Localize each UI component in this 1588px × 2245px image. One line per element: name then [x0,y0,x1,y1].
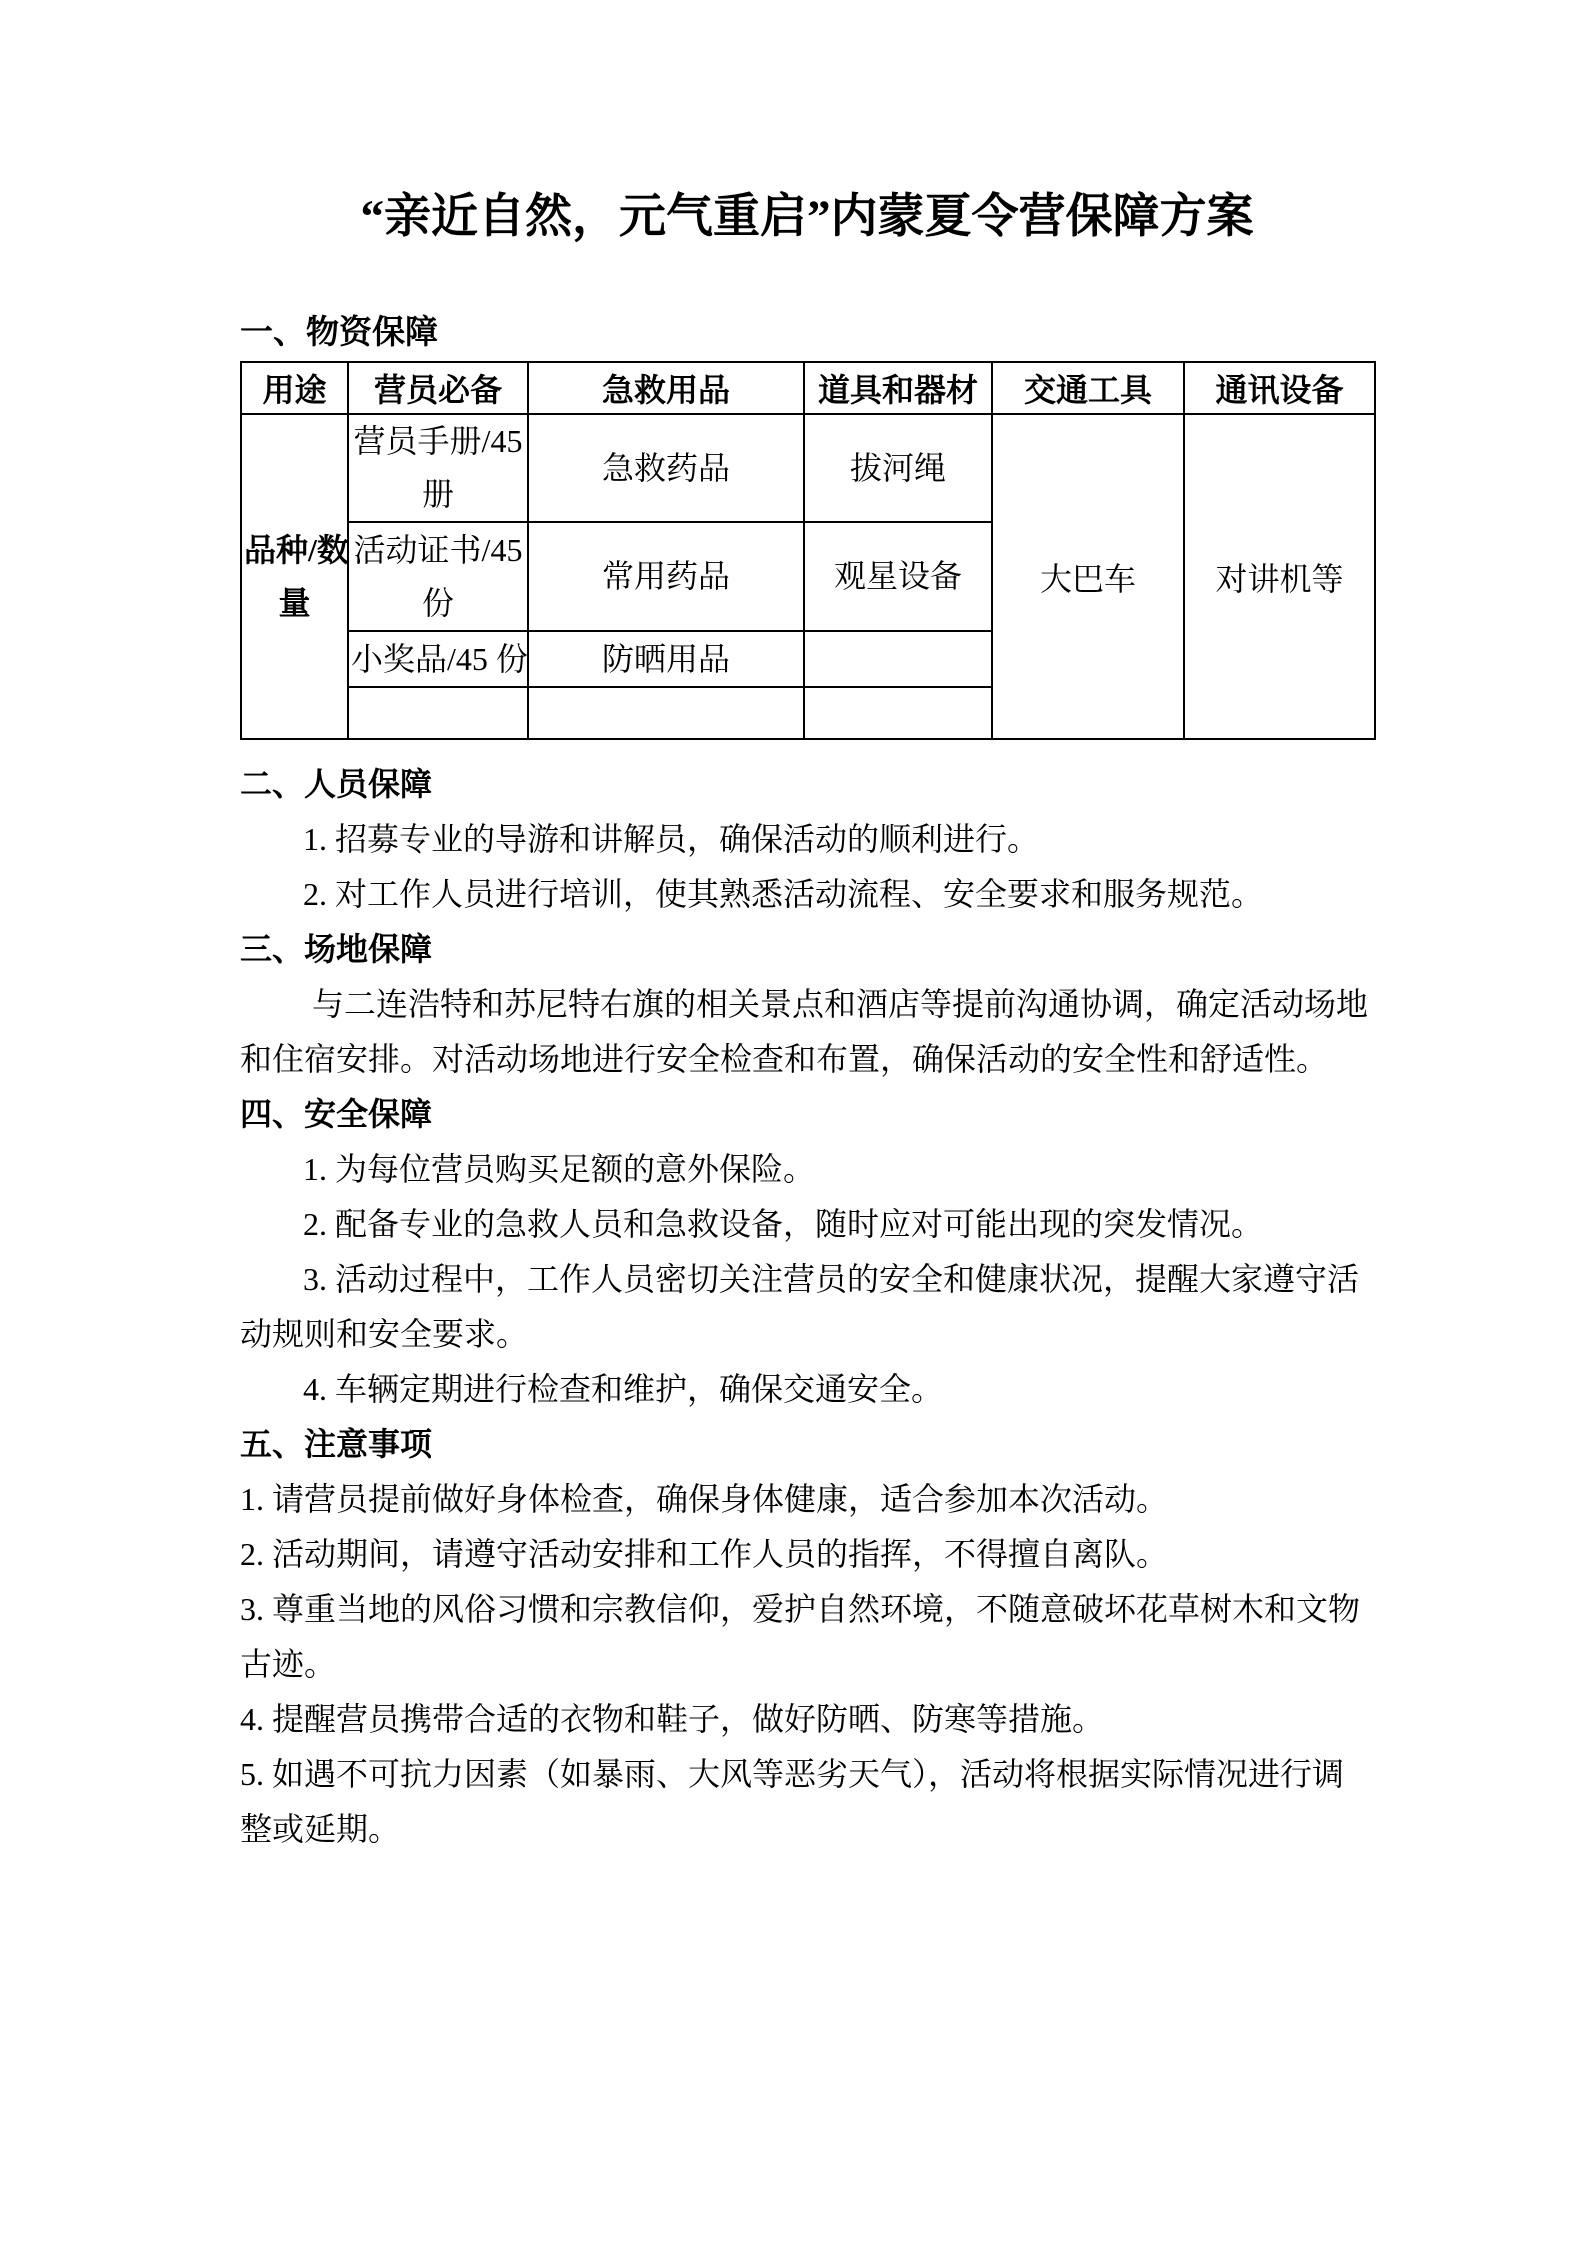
cell-text-line: 拔河绳 [807,442,989,495]
cell-text-line: 小奖品/45 份 [351,633,525,686]
section-heading-venue: 三、场地保障 [240,922,1374,977]
section-heading-materials: 一、物资保障 [240,314,1374,352]
cell-text-line: 防晒用品 [531,633,801,686]
cell-firstaid-1: 急救药品 [528,414,804,522]
paragraph-line: 3. 活动过程中，工作人员密切关注营员的安全和健康状况，提醒大家遵守活 [240,1252,1374,1307]
paragraph-line: 4. 车辆定期进行检查和维护，确保交通安全。 [240,1362,1374,1417]
paragraph-line: 整或延期。 [240,1802,1374,1857]
table-header-row: 用途 营员必备 急救用品 道具和器材 交通工具 通讯设备 [241,362,1375,414]
paragraph-line: 2. 配备专业的急救人员和急救设备，随时应对可能出现的突发情况。 [240,1197,1374,1252]
document-title: “亲近自然，元气重启”内蒙夏令营保障方案 [240,186,1374,248]
header-transport: 交通工具 [992,362,1184,414]
section-heading-personnel: 二、人员保障 [240,757,1374,812]
paragraph-line: 5. 如遇不可抗力因素（如暴雨、大风等恶劣天气），活动将根据实际情况进行调 [240,1747,1374,1802]
cell-text-line: 营员手册/45 [351,415,525,468]
cell-text-line: 常用药品 [531,550,801,603]
cell-comms: 对讲机等 [1184,414,1375,739]
paragraph-line: 1. 招募专业的导游和讲解员，确保活动的顺利进行。 [240,812,1374,867]
document-page: “亲近自然，元气重启”内蒙夏令营保障方案 一、物资保障 用途 营员必备 急救用品… [0,0,1588,2245]
header-props-equipment: 道具和器材 [804,362,992,414]
cell-text-line: 活动证书/45 [351,524,525,577]
cell-text-line: 品种/数 [244,524,345,577]
materials-table: 用途 营员必备 急救用品 道具和器材 交通工具 通讯设备 品种/数量 营员手册/… [240,361,1376,740]
paragraph-line: 3. 尊重当地的风俗习惯和宗教信仰，爱护自然环境，不随意破坏花草树木和文物 [240,1582,1374,1637]
cell-firstaid-4 [528,687,804,739]
paragraph-line: 2. 活动期间，请遵守活动安排和工作人员的指挥，不得擅自离队。 [240,1527,1374,1582]
paragraph-line: 古迹。 [240,1637,1374,1692]
header-camper-essentials: 营员必备 [348,362,528,414]
cell-firstaid-3: 防晒用品 [528,631,804,687]
cell-text-line: 观星设备 [807,550,989,603]
paragraph-line: 动规则和安全要求。 [240,1307,1374,1362]
paragraph-line: 与二连浩特和苏尼特右旗的相关景点和酒店等提前沟通协调，确定活动场地 [240,977,1374,1032]
section-heading-safety: 四、安全保障 [240,1087,1374,1142]
cell-props-1: 拔河绳 [804,414,992,522]
paragraph-line: 4. 提醒营员携带合适的衣物和鞋子，做好防晒、防寒等措施。 [240,1692,1374,1747]
header-usage: 用途 [241,362,348,414]
cell-text-line: 量 [244,577,345,630]
header-communication: 通讯设备 [1184,362,1375,414]
cell-transport: 大巴车 [992,414,1184,739]
paragraph-line: 1. 请营员提前做好身体检查，确保身体健康，适合参加本次活动。 [240,1472,1374,1527]
document-body-text: 二、人员保障 1. 招募专业的导游和讲解员，确保活动的顺利进行。 2. 对工作人… [240,757,1374,1857]
cell-text-line: 急救药品 [531,442,801,495]
cell-props-2: 观星设备 [804,522,992,631]
cell-text-line: 份 [351,577,525,630]
paragraph-line: 2. 对工作人员进行培训，使其熟悉活动流程、安全要求和服务规范。 [240,867,1374,922]
cell-props-4 [804,687,992,739]
cell-camper-3: 小奖品/45 份 [348,631,528,687]
header-first-aid: 急救用品 [528,362,804,414]
cell-props-3 [804,631,992,687]
section-heading-notes: 五、注意事项 [240,1417,1374,1472]
document-content: “亲近自然，元气重启”内蒙夏令营保障方案 一、物资保障 用途 营员必备 急救用品… [240,0,1374,1857]
cell-text-line: 册 [351,468,525,521]
table-row: 品种/数量 营员手册/45册 急救药品 拔河绳 大巴车 对讲机等 [241,414,1375,522]
paragraph-line: 和住宿安排。对活动场地进行安全检查和布置，确保活动的安全性和舒适性。 [240,1032,1374,1087]
cell-camper-2: 活动证书/45份 [348,522,528,631]
paragraph-line: 1. 为每位营员购买足额的意外保险。 [240,1142,1374,1197]
cell-camper-4 [348,687,528,739]
cell-camper-1: 营员手册/45册 [348,414,528,522]
cell-usage-label: 品种/数量 [241,414,348,739]
cell-firstaid-2: 常用药品 [528,522,804,631]
